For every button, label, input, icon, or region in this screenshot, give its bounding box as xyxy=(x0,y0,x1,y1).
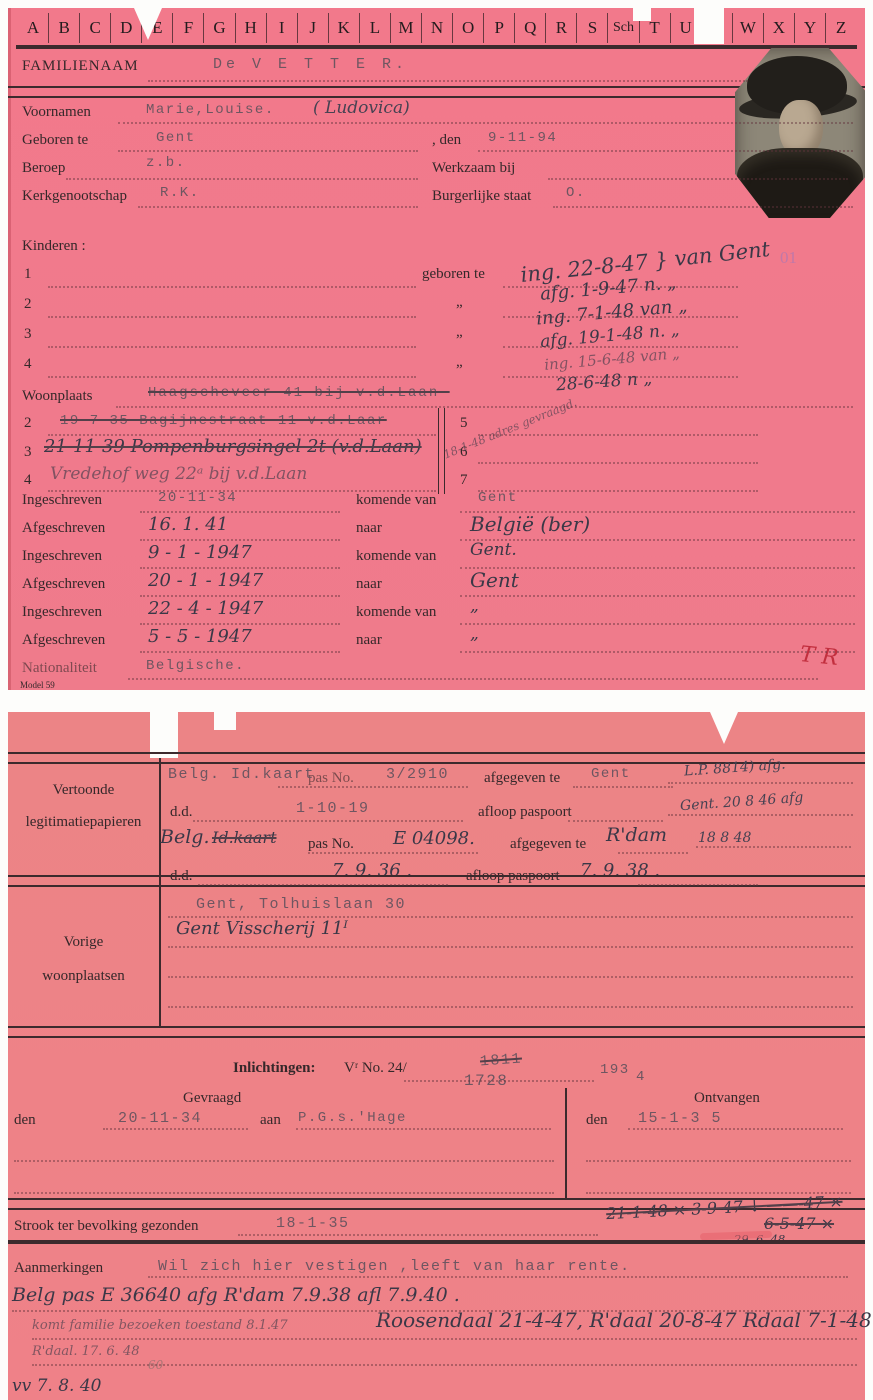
dotted-line xyxy=(128,676,818,680)
dotted-line xyxy=(568,818,663,822)
strook-label: Strook ter bevolking gezonden xyxy=(14,1218,199,1235)
dotted-line xyxy=(503,344,738,348)
v-tab-cutout xyxy=(694,8,724,44)
dotted-line xyxy=(503,374,738,378)
dotted-line xyxy=(168,1004,853,1008)
alphabet-tab-r: R xyxy=(546,13,577,43)
register-row-place: Gent xyxy=(478,490,518,506)
dotted-line xyxy=(628,1126,843,1130)
legitimatie-label-1: Vertoonde xyxy=(8,782,159,799)
dotted-line xyxy=(478,460,758,464)
dotted-line xyxy=(638,882,758,886)
vorige-label-1: Vorige xyxy=(8,934,159,951)
beroep-value: z.b. xyxy=(146,155,186,171)
leg-r2-note: Gent. 20 8 46 afg xyxy=(680,790,804,815)
dotted-line xyxy=(140,509,340,513)
afloop-paspoort-label: afloop paspoort xyxy=(478,804,572,821)
alphabet-tab-j: J xyxy=(298,13,329,43)
alphabet-tab-i: I xyxy=(267,13,298,43)
aanmerkingen-label: Aanmerkingen xyxy=(14,1260,103,1277)
register-row-label: Afgeschreven xyxy=(22,576,105,593)
strook-value: 18-1-35 xyxy=(276,1215,350,1232)
register-row-place: België (ber) xyxy=(470,512,590,536)
ditto-mark: „ xyxy=(456,324,463,341)
dotted-line xyxy=(118,148,418,152)
dotted-line xyxy=(278,784,468,788)
dotted-line xyxy=(668,780,853,784)
familienaam-value: De V E T T E R. xyxy=(213,56,408,73)
aanmerkingen-value: Wil zich hier vestigen ,leeft van haar r… xyxy=(158,1258,631,1275)
hand-note-rdaal: R'daal. 17. 6. 48 xyxy=(32,1344,140,1359)
leg-r3-afg-value: R'dam xyxy=(606,824,667,846)
dotted-line xyxy=(148,78,748,82)
dotted-line xyxy=(460,509,855,513)
dotted-line xyxy=(478,432,758,436)
woonplaats-row2-num: 2 xyxy=(24,415,32,432)
alphabet-rule xyxy=(16,45,857,49)
dotted-line xyxy=(198,882,448,886)
woonplaats-row4-right: 7 xyxy=(460,472,468,489)
dotted-line xyxy=(573,784,673,788)
register-row-mid-label: naar xyxy=(356,632,382,649)
scanned-registration-card-page: ABCDEFGHIJKLMNOPQRSSchTUWXYZ FAMILIENAAM… xyxy=(0,0,873,1400)
kind-row-1: 1 xyxy=(24,266,32,283)
alphabet-tab-a: A xyxy=(18,13,49,43)
ditto-mark: „ xyxy=(456,354,463,371)
dotted-line xyxy=(308,850,478,854)
dotted-line xyxy=(148,1274,848,1278)
kinderen-label: Kinderen : xyxy=(22,238,86,255)
geboren-value: Gent xyxy=(156,130,196,146)
leg-r1-afg-value: Gent xyxy=(591,766,631,782)
dotted-line xyxy=(503,284,738,288)
kind-row-2: 2 xyxy=(24,296,32,313)
woonplaats-row4-value: Vredehof weg 22ᵃ bij v.d.Laan xyxy=(50,464,307,484)
section-rule xyxy=(8,1026,865,1038)
dotted-line xyxy=(116,404,853,408)
dotted-line xyxy=(48,344,416,348)
legitimatie-label-2: legitimatiepapieren xyxy=(8,814,159,831)
register-row-label: Ingeschreven xyxy=(22,604,102,621)
kerkgenootschap-label: Kerkgenootschap xyxy=(22,188,127,205)
woonplaats-row3-num: 3 xyxy=(24,444,32,461)
dotted-line xyxy=(48,488,436,492)
gevraagd-den-value: 20-11-34 xyxy=(118,1110,202,1127)
alphabet-tab-y: Y xyxy=(795,13,826,43)
nationaliteit-label: Nationaliteit xyxy=(22,660,97,677)
dotted-line xyxy=(32,1362,857,1366)
dotted-line xyxy=(503,314,738,318)
register-row-label: Ingeschreven xyxy=(22,492,102,509)
leg-r1-type: Belg. Id.kaart xyxy=(168,766,315,783)
registration-card-front: ABCDEFGHIJKLMNOPQRSSchTUWXYZ FAMILIENAAM… xyxy=(8,8,865,690)
purple-stamp: 01 xyxy=(780,248,797,268)
ditto-mark: „ xyxy=(456,294,463,311)
alphabet-tab-k: K xyxy=(329,13,360,43)
register-row-place: Gent xyxy=(470,568,519,592)
kind-row-4: 4 xyxy=(24,356,32,373)
register-row-date: 5 - 5 - 1947 xyxy=(148,626,252,647)
dotted-line xyxy=(140,537,340,541)
kerkgenootschap-value: R.K. xyxy=(160,185,200,201)
gevraagd-aan-value: P.G.s.'Hage xyxy=(298,1110,407,1126)
kind-row-3: 3 xyxy=(24,326,32,343)
kind-annotation: 28-6-48 n „ xyxy=(555,369,652,396)
gevraagd-aan-label: aan xyxy=(260,1112,281,1129)
dotted-line xyxy=(668,812,853,816)
alphabet-tab-w: W xyxy=(733,13,764,43)
familienaam-label: FAMILIENAAM xyxy=(22,58,139,75)
woonplaats-value-struck: Haagscheveer-41-bij-v.d.Laan- xyxy=(148,385,450,401)
hand-note-vv: vv 7. 8. 40 xyxy=(12,1376,102,1396)
alphabet-tab-h: H xyxy=(236,13,267,43)
leg-r2-value: 1-10-19 xyxy=(296,800,370,817)
dotted-line xyxy=(168,944,853,948)
inlichtingen-year: 193 xyxy=(600,1062,630,1078)
dotted-line xyxy=(168,914,853,918)
woonplaats-row2-value: 19-7-35 Bagijnestraat 11 v.d.Laar xyxy=(60,413,387,429)
afgegeven-te-label: afgegeven te xyxy=(484,770,560,787)
dotted-line xyxy=(296,1126,551,1130)
alphabet-tab-c: C xyxy=(80,13,111,43)
geboren-te-label: geboren te xyxy=(422,266,485,283)
register-row-mid-label: komende van xyxy=(356,604,436,621)
dotted-line xyxy=(14,1190,554,1194)
dotted-line xyxy=(478,148,853,152)
gevraagd-den-label: den xyxy=(14,1112,36,1129)
alphabet-tab-p: P xyxy=(484,13,515,43)
alphabet-tab-m: M xyxy=(391,13,422,43)
alphabet-tab-x: X xyxy=(764,13,795,43)
model-number: Model 59 xyxy=(20,680,55,690)
ontvangen-den-value: 15-1-3 5 xyxy=(638,1110,722,1127)
dotted-line xyxy=(696,844,851,848)
alphabet-tab-z: Z xyxy=(826,13,856,43)
alphabet-tab-n: N xyxy=(422,13,453,43)
hand-note-familie: komt familie bezoeken toestand 8.1.47 xyxy=(32,1318,288,1333)
gevraagd-header: Gevraagd xyxy=(183,1090,241,1107)
register-row-place: Gent. xyxy=(470,540,517,560)
dotted-line xyxy=(618,850,688,854)
woonplaats-label: Woonplaats xyxy=(22,388,92,405)
voornamen-annotation: ( Ludovica) xyxy=(313,98,410,118)
alphabet-tab-s: S xyxy=(577,13,608,43)
registration-card-back: Vertoonde legitimatiepapieren Belg. Id.k… xyxy=(8,712,865,1400)
dotted-line xyxy=(460,537,855,541)
dotted-line xyxy=(478,488,758,492)
register-row-date: 9 - 1 - 1947 xyxy=(148,542,252,563)
leg-r3-pre: Belg. xyxy=(160,826,210,848)
burgerlijke-staat-value: O. xyxy=(566,185,586,201)
dotted-line xyxy=(48,284,416,288)
werkzaam-label: Werkzaam bij xyxy=(432,160,515,177)
dotted-line xyxy=(168,974,853,978)
dotted-line xyxy=(140,649,340,653)
dotted-line xyxy=(553,204,853,208)
section-rule xyxy=(8,1240,865,1244)
vorige-typed-row: Gent, Tolhuislaan 30 xyxy=(196,896,406,913)
register-row-place: „ xyxy=(470,596,479,616)
register-row-mid-label: komende van xyxy=(356,492,436,509)
dotted-line xyxy=(118,120,853,124)
cut-notch xyxy=(710,712,738,744)
nationaliteit-value: Belgische. xyxy=(146,658,245,674)
voornamen-value: Marie,Louise. xyxy=(146,102,275,118)
alphabet-tab-q: Q xyxy=(515,13,546,43)
register-row-label: Afgeschreven xyxy=(22,520,105,537)
register-row-date: 16. 1. 41 xyxy=(148,514,228,535)
alphabet-tab-f: F xyxy=(173,13,204,43)
register-row-date: 20-11-34 xyxy=(158,490,237,506)
dotted-line xyxy=(548,176,848,180)
den-label: , den xyxy=(432,132,461,149)
dotted-line xyxy=(193,818,463,822)
dotted-line xyxy=(460,621,855,625)
leg-r3-struck: Id.kaart xyxy=(212,828,277,847)
register-row-label: Afgeschreven xyxy=(22,632,105,649)
dotted-line xyxy=(48,432,436,436)
alphabet-tab-g: G xyxy=(204,13,235,43)
dotted-line xyxy=(48,314,416,318)
dotted-line xyxy=(48,374,416,378)
label-column-divider xyxy=(159,758,161,1026)
register-row-place: „ xyxy=(470,624,479,644)
register-row-mid-label: naar xyxy=(356,520,382,537)
alphabet-tab-b: B xyxy=(49,13,80,43)
dotted-line xyxy=(12,1308,857,1312)
dotted-line xyxy=(140,565,340,569)
dotted-line xyxy=(140,593,340,597)
den-value: 9-11-94 xyxy=(488,130,557,146)
afgegeven-te-label: afgegeven te xyxy=(510,836,586,853)
inlichtingen-label: Inlichtingen: xyxy=(233,1060,316,1077)
gevraagd-ontvangen-divider xyxy=(565,1088,567,1198)
dotted-line xyxy=(586,1158,851,1162)
cut-notch xyxy=(134,8,162,40)
beroep-label: Beroep xyxy=(22,160,65,177)
burgerlijke-staat-label: Burgerlijke staat xyxy=(432,188,531,205)
cut-notch xyxy=(214,712,236,730)
voornamen-label: Voornamen xyxy=(22,104,91,121)
dotted-line xyxy=(460,565,855,569)
strook-struck-dates: 6-5-47 × xyxy=(764,1214,834,1233)
register-row-date: 22 - 4 - 1947 xyxy=(148,598,263,619)
geboren-label: Geboren te xyxy=(22,132,88,149)
woonplaats-row4-num: 4 xyxy=(24,472,32,489)
register-row-date: 20 - 1 - 1947 xyxy=(148,570,263,591)
leg-r3-pas-value: E 04098. xyxy=(393,828,475,849)
dotted-line xyxy=(103,1126,248,1130)
inlichtingen-struck-no: 1811 xyxy=(479,1051,522,1071)
woonplaats-row3-value: 21-11-39 Pompenburgsingel 2t (v.d.Laan) xyxy=(44,436,422,457)
dotted-line xyxy=(14,1158,554,1162)
alphabet-tab-o: O xyxy=(453,13,484,43)
vorige-hand-row: Gent Visscherij 11ᴵ xyxy=(176,918,348,939)
portrait-photo xyxy=(735,48,865,218)
red-pen-mark: T R xyxy=(799,642,840,671)
dotted-line xyxy=(404,1078,594,1082)
dotted-line xyxy=(138,204,418,208)
dotted-line xyxy=(460,593,855,597)
dotted-line xyxy=(460,649,855,653)
inlichtingen-year-suffix: 4 xyxy=(636,1069,646,1085)
dotted-line xyxy=(238,1232,598,1236)
cut-notch xyxy=(633,8,651,21)
alphabet-tab-l: L xyxy=(360,13,391,43)
register-row-label: Ingeschreven xyxy=(22,548,102,565)
dotted-line xyxy=(66,176,418,180)
register-row-mid-label: naar xyxy=(356,576,382,593)
register-row-mid-label: komende van xyxy=(356,548,436,565)
dotted-line xyxy=(140,621,340,625)
dotted-line xyxy=(32,1336,857,1340)
leg-r1-pas-value: 3/2910 xyxy=(386,766,449,783)
inlichtingen-vr-no: Vʳ No. 24/ xyxy=(344,1060,407,1077)
ontvangen-header: Ontvangen xyxy=(694,1090,760,1107)
vorige-label-2: woonplaatsen xyxy=(8,968,159,985)
dotted-line xyxy=(586,1190,851,1194)
ontvangen-den-label: den xyxy=(586,1112,608,1129)
hand-note-belg-pas: Belg pas E 36640 afg R'dam 7.9.38 afl 7.… xyxy=(12,1284,460,1306)
woonplaats-row2-right: 5 xyxy=(460,415,468,432)
dd-label: d.d. xyxy=(170,804,193,821)
